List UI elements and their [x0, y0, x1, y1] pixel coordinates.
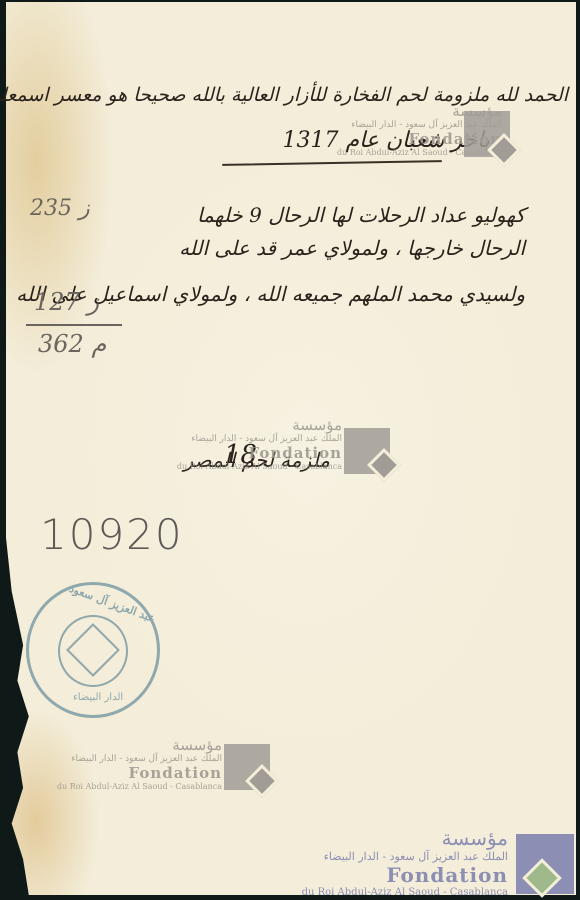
margin-suffix: م: [91, 330, 106, 358]
watermark-arabic-subtitle: الملك عبد العزيز آل سعود - الدار البيضاء: [57, 754, 222, 764]
margin-note-362: 362 م: [38, 330, 106, 358]
watermark-arabic-title: مؤسسة: [57, 736, 222, 754]
watermark-4: مؤسسة الملك عبد العزيز آل سعود - الدار ا…: [302, 826, 508, 898]
watermark-french-subtitle: du Roi Abdul-Aziz Al Saoud - Casablanca: [57, 782, 222, 791]
margin-suffix: ز: [79, 196, 90, 221]
margin-note-127: 127 ز: [34, 288, 99, 316]
stamp-text-bottom: الدار البيضاء: [73, 692, 123, 703]
watermark-3: مؤسسة الملك عبد العزيز آل سعود - الدار ا…: [57, 736, 222, 791]
watermark-arabic-subtitle: الملك عبد العزيز آل سعود - الدار البيضاء: [177, 434, 342, 444]
archive-number: 10920: [40, 510, 184, 559]
watermark-arabic-title: مؤسسة: [177, 416, 342, 434]
handwritten-line-4: الرحال خارجها ، ولمولاي عمر قد على الله: [179, 236, 525, 260]
margin-number: 362: [38, 330, 84, 358]
stamp-inner-ring: [58, 615, 128, 687]
watermark-french-subtitle: du Roi Abdul-Aziz Al Saoud - Casablanca: [177, 462, 342, 471]
watermark-2: مؤسسة الملك عبد العزيز آل سعود - الدار ا…: [177, 416, 342, 471]
sum-rule: [26, 324, 122, 326]
watermark-french-title: Fondation: [177, 444, 342, 462]
margin-number: 127: [34, 288, 80, 316]
scan-edge: [576, 0, 580, 900]
watermark-french-title: Fondation: [57, 764, 222, 782]
margin-suffix: ز: [87, 288, 99, 316]
watermark-french-subtitle: du Roi Abdul-Aziz Al Saoud - Casablanca: [302, 887, 508, 898]
margin-note-235: 235 ز: [30, 196, 90, 221]
watermark-french-title: Fondation: [302, 863, 508, 887]
watermark-arabic-title: مؤسسة: [302, 826, 508, 850]
watermark-arabic-subtitle: الملك عبد العزيز آل سعود - الدار البيضاء: [302, 850, 508, 863]
foundation-stamp: عبد العزيز آل سعود الدار البيضاء: [26, 582, 160, 718]
margin-number: 235: [30, 196, 72, 221]
star-emblem-icon: [66, 623, 120, 677]
handwritten-line-3: كهوليو عداد الرحلات لها الرحال 9 خلهما: [197, 203, 525, 227]
